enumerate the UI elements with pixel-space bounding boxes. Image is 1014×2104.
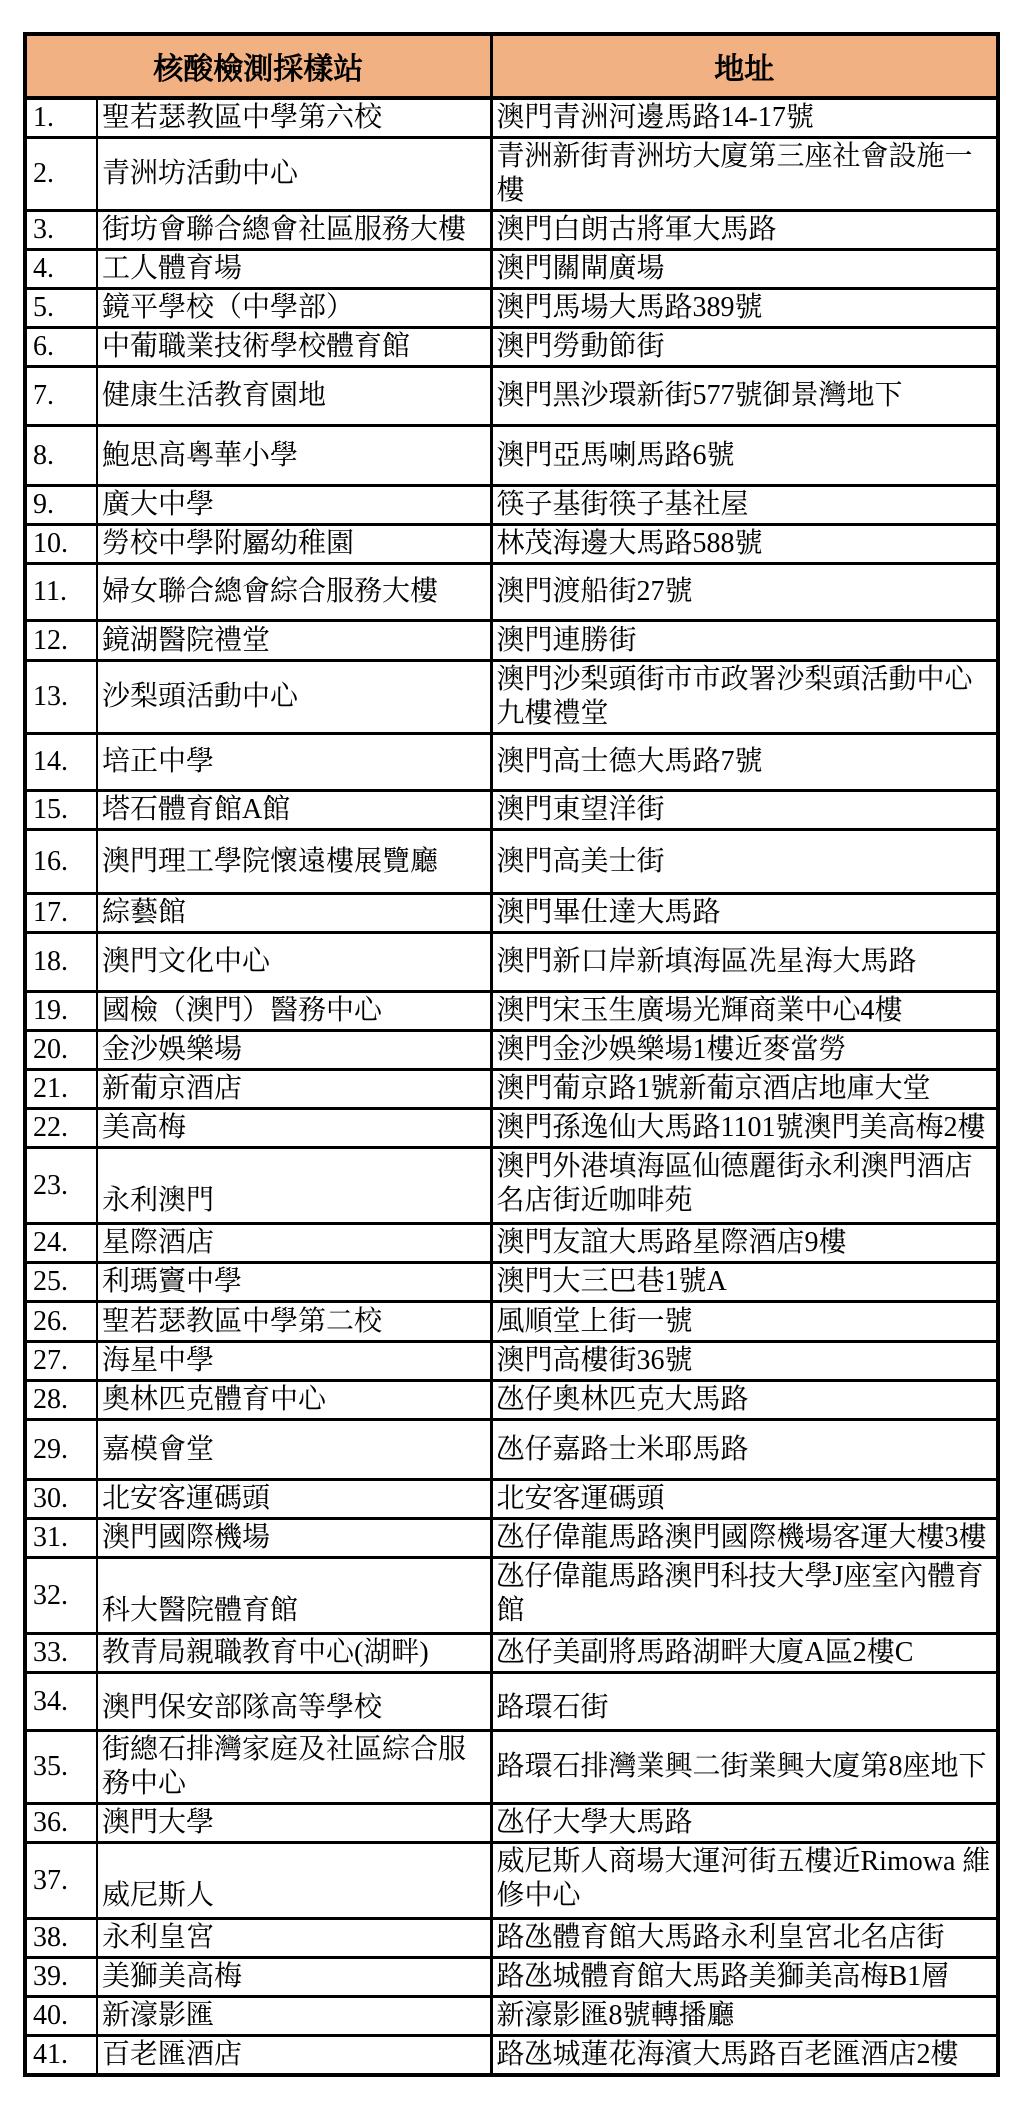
station-address: 澳門白朗古將軍大馬路 [491, 211, 998, 250]
table-row: 19. 國檢（澳門）醫務中心 澳門宋玉生廣場光輝商業中心4樓 [25, 992, 998, 1031]
station-address: 威尼斯人商場大運河街五樓近Rimowa 維修中心 [491, 1843, 998, 1919]
table-row: 22. 美高梅 澳門孫逸仙大馬路1101號澳門美高梅2樓 [25, 1109, 998, 1148]
station-address: 筷子基街筷子基社屋 [491, 486, 998, 525]
station-address: 澳門青洲河邊馬路14-17號 [491, 98, 998, 138]
row-number: 10. [25, 525, 97, 564]
station-address: 澳門亞馬喇馬路6號 [491, 426, 998, 486]
station-name: 廣大中學 [97, 486, 491, 525]
row-number: 30. [25, 1480, 97, 1519]
station-name: 澳門國際機場 [97, 1519, 491, 1558]
station-name: 永利澳門 [97, 1148, 491, 1224]
table-row: 3. 街坊會聯合總會社區服務大樓 澳門白朗古將軍大馬路 [25, 211, 998, 250]
row-number: 15. [25, 791, 97, 830]
table-row: 15. 塔石體育館A館 澳門東望洋街 [25, 791, 998, 830]
station-address: 澳門外港填海區仙德麗街永利澳門酒店名店街近咖啡苑 [491, 1148, 998, 1224]
table-row: 25. 利瑪竇中學 澳門大三巴巷1號A [25, 1263, 998, 1302]
table-row: 39. 美獅美高梅 路氹城體育館大馬路美獅美高梅B1層 [25, 1958, 998, 1997]
station-address: 澳門沙梨頭街市市政署沙梨頭活動中心九樓禮堂 [491, 661, 998, 734]
station-address: 氹仔大學大馬路 [491, 1804, 998, 1843]
station-address: 澳門關閘廣場 [491, 250, 998, 289]
row-number: 27. [25, 1342, 97, 1381]
table-row: 32. 科大醫院體育館 氹仔偉龍馬路澳門科技大學J座室內體育館 [25, 1558, 998, 1634]
station-address: 氹仔嘉路士米耶馬路 [491, 1420, 998, 1480]
row-number: 32. [25, 1558, 97, 1634]
row-number: 25. [25, 1263, 97, 1302]
station-name: 鏡湖醫院禮堂 [97, 621, 491, 661]
row-number: 37. [25, 1843, 97, 1919]
station-name: 美獅美高梅 [97, 1958, 491, 1997]
station-name: 嘉模會堂 [97, 1420, 491, 1480]
header-address-column: 地址 [491, 34, 998, 98]
station-address: 澳門宋玉生廣場光輝商業中心4樓 [491, 992, 998, 1031]
station-address: 路環石排灣業興二街業興大廈第8座地下 [491, 1731, 998, 1804]
table-row: 30. 北安客運碼頭 北安客運碼頭 [25, 1480, 998, 1519]
station-name: 澳門保安部隊高等學校 [97, 1673, 491, 1731]
table-row: 29. 嘉模會堂 氹仔嘉路士米耶馬路 [25, 1420, 998, 1480]
station-address: 澳門馬場大馬路389號 [491, 289, 998, 328]
station-name: 北安客運碼頭 [97, 1480, 491, 1519]
row-number: 9. [25, 486, 97, 525]
row-number: 34. [25, 1673, 97, 1731]
station-address: 氹仔奧林匹克大馬路 [491, 1381, 998, 1420]
table-row: 18. 澳門文化中心 澳門新口岸新填海區冼星海大馬路 [25, 933, 998, 992]
station-address: 澳門金沙娛樂場1樓近麥當勞 [491, 1031, 998, 1070]
table-row: 2. 青洲坊活動中心 青洲新街青洲坊大廈第三座社會設施一樓 [25, 138, 998, 211]
row-number: 11. [25, 564, 97, 621]
table-row: 16. 澳門理工學院懷遠樓展覽廳 澳門高美士街 [25, 830, 998, 894]
table-row: 10. 勞校中學附屬幼稚園 林茂海邊大馬路588號 [25, 525, 998, 564]
table-row: 28. 奧林匹克體育中心 氹仔奧林匹克大馬路 [25, 1381, 998, 1420]
table-row: 24. 星際酒店 澳門友誼大馬路星際酒店9樓 [25, 1224, 998, 1263]
document-page: 核酸檢測採樣站 地址 1. 聖若瑟教區中學第六校 澳門青洲河邊馬路14-17號 … [0, 0, 1014, 2104]
table-row: 37. 威尼斯人 威尼斯人商場大運河街五樓近Rimowa 維修中心 [25, 1843, 998, 1919]
row-number: 31. [25, 1519, 97, 1558]
station-name: 鮑思高粵華小學 [97, 426, 491, 486]
row-number: 29. [25, 1420, 97, 1480]
station-name: 金沙娛樂場 [97, 1031, 491, 1070]
row-number: 40. [25, 1997, 97, 2036]
station-name: 街總石排灣家庭及社區綜合服務中心 [97, 1731, 491, 1804]
station-address: 路氹城蓮花海濱大馬路百老匯酒店2樓 [491, 2036, 998, 2076]
row-number: 36. [25, 1804, 97, 1843]
station-name: 沙梨頭活動中心 [97, 661, 491, 734]
station-name: 永利皇宮 [97, 1919, 491, 1958]
station-name: 婦女聯合總會綜合服務大樓 [97, 564, 491, 621]
station-name: 培正中學 [97, 734, 491, 791]
table-row: 38. 永利皇宮 路氹體育館大馬路永利皇宮北名店街 [25, 1919, 998, 1958]
station-name: 海星中學 [97, 1342, 491, 1381]
station-address: 澳門葡京路1號新葡京酒店地庫大堂 [491, 1070, 998, 1109]
station-address: 林茂海邊大馬路588號 [491, 525, 998, 564]
station-name: 綜藝館 [97, 894, 491, 933]
station-address: 澳門新口岸新填海區冼星海大馬路 [491, 933, 998, 992]
table-row: 23. 永利澳門 澳門外港填海區仙德麗街永利澳門酒店名店街近咖啡苑 [25, 1148, 998, 1224]
table-row: 11. 婦女聯合總會綜合服務大樓 澳門渡船街27號 [25, 564, 998, 621]
station-address: 澳門黑沙環新街577號御景灣地下 [491, 367, 998, 426]
table-row: 4. 工人體育場 澳門關閘廣場 [25, 250, 998, 289]
row-number: 1. [25, 98, 97, 138]
table-row: 31. 澳門國際機場 氹仔偉龍馬路澳門國際機場客運大樓3樓 [25, 1519, 998, 1558]
table-row: 41. 百老匯酒店 路氹城蓮花海濱大馬路百老匯酒店2樓 [25, 2036, 998, 2076]
station-name: 聖若瑟教區中學第二校 [97, 1302, 491, 1342]
table-row: 35. 街總石排灣家庭及社區綜合服務中心 路環石排灣業興二街業興大廈第8座地下 [25, 1731, 998, 1804]
table-row: 34. 澳門保安部隊高等學校 路環石街 [25, 1673, 998, 1731]
station-address: 路環石街 [491, 1673, 998, 1731]
station-name: 教青局親職教育中心(湖畔) [97, 1634, 491, 1673]
table-row: 13. 沙梨頭活動中心 澳門沙梨頭街市市政署沙梨頭活動中心九樓禮堂 [25, 661, 998, 734]
table-row: 20. 金沙娛樂場 澳門金沙娛樂場1樓近麥當勞 [25, 1031, 998, 1070]
row-number: 14. [25, 734, 97, 791]
station-name: 塔石體育館A館 [97, 791, 491, 830]
table-row: 9. 廣大中學 筷子基街筷子基社屋 [25, 486, 998, 525]
station-name: 聖若瑟教區中學第六校 [97, 98, 491, 138]
station-name: 國檢（澳門）醫務中心 [97, 992, 491, 1031]
station-name: 百老匯酒店 [97, 2036, 491, 2076]
station-address: 澳門高美士街 [491, 830, 998, 894]
header-station-column: 核酸檢測採樣站 [25, 34, 491, 98]
station-address: 澳門孫逸仙大馬路1101號澳門美高梅2樓 [491, 1109, 998, 1148]
table-row: 17. 綜藝館 澳門畢仕達大馬路 [25, 894, 998, 933]
table-row: 14. 培正中學 澳門高士德大馬路7號 [25, 734, 998, 791]
row-number: 21. [25, 1070, 97, 1109]
table-row: 21. 新葡京酒店 澳門葡京路1號新葡京酒店地庫大堂 [25, 1070, 998, 1109]
row-number: 17. [25, 894, 97, 933]
station-name: 青洲坊活動中心 [97, 138, 491, 211]
station-address: 澳門東望洋街 [491, 791, 998, 830]
station-address: 路氹體育館大馬路永利皇宮北名店街 [491, 1919, 998, 1958]
station-name: 澳門理工學院懷遠樓展覽廳 [97, 830, 491, 894]
row-number: 41. [25, 2036, 97, 2076]
row-number: 7. [25, 367, 97, 426]
station-address: 氹仔偉龍馬路澳門國際機場客運大樓3樓 [491, 1519, 998, 1558]
station-name: 街坊會聯合總會社區服務大樓 [97, 211, 491, 250]
row-number: 18. [25, 933, 97, 992]
row-number: 22. [25, 1109, 97, 1148]
table-row: 36. 澳門大學 氹仔大學大馬路 [25, 1804, 998, 1843]
row-number: 39. [25, 1958, 97, 1997]
table-row: 26. 聖若瑟教區中學第二校 風順堂上街一號 [25, 1302, 998, 1342]
station-address: 新濠影匯8號轉播廳 [491, 1997, 998, 2036]
table-row: 8. 鮑思高粵華小學 澳門亞馬喇馬路6號 [25, 426, 998, 486]
station-address: 澳門畢仕達大馬路 [491, 894, 998, 933]
row-number: 6. [25, 328, 97, 367]
station-address: 澳門勞動節街 [491, 328, 998, 367]
row-number: 26. [25, 1302, 97, 1342]
station-name: 勞校中學附屬幼稚園 [97, 525, 491, 564]
table-row: 33. 教青局親職教育中心(湖畔) 氹仔美副將馬路湖畔大廈A區2樓C [25, 1634, 998, 1673]
station-name: 鏡平學校（中學部） [97, 289, 491, 328]
station-name: 新濠影匯 [97, 1997, 491, 2036]
sampling-stations-table: 核酸檢測採樣站 地址 1. 聖若瑟教區中學第六校 澳門青洲河邊馬路14-17號 … [23, 32, 1000, 2077]
station-name: 中葡職業技術學校體育館 [97, 328, 491, 367]
row-number: 38. [25, 1919, 97, 1958]
row-number: 13. [25, 661, 97, 734]
station-address: 氹仔偉龍馬路澳門科技大學J座室內體育館 [491, 1558, 998, 1634]
row-number: 23. [25, 1148, 97, 1224]
row-number: 28. [25, 1381, 97, 1420]
station-address: 氹仔美副將馬路湖畔大廈A區2樓C [491, 1634, 998, 1673]
row-number: 12. [25, 621, 97, 661]
table-row: 7. 健康生活教育園地 澳門黑沙環新街577號御景灣地下 [25, 367, 998, 426]
table-header-row: 核酸檢測採樣站 地址 [25, 34, 998, 98]
table-row: 27. 海星中學 澳門高樓街36號 [25, 1342, 998, 1381]
station-name: 澳門文化中心 [97, 933, 491, 992]
table-row: 6. 中葡職業技術學校體育館 澳門勞動節街 [25, 328, 998, 367]
station-address: 澳門高樓街36號 [491, 1342, 998, 1381]
station-name: 星際酒店 [97, 1224, 491, 1263]
station-name: 威尼斯人 [97, 1843, 491, 1919]
station-name: 奧林匹克體育中心 [97, 1381, 491, 1420]
station-name: 美高梅 [97, 1109, 491, 1148]
row-number: 35. [25, 1731, 97, 1804]
station-address: 澳門連勝街 [491, 621, 998, 661]
station-name: 健康生活教育園地 [97, 367, 491, 426]
row-number: 20. [25, 1031, 97, 1070]
row-number: 19. [25, 992, 97, 1031]
row-number: 3. [25, 211, 97, 250]
station-address: 澳門高士德大馬路7號 [491, 734, 998, 791]
station-address: 澳門友誼大馬路星際酒店9樓 [491, 1224, 998, 1263]
row-number: 8. [25, 426, 97, 486]
row-number: 2. [25, 138, 97, 211]
station-address: 北安客運碼頭 [491, 1480, 998, 1519]
station-address: 澳門渡船街27號 [491, 564, 998, 621]
station-name: 利瑪竇中學 [97, 1263, 491, 1302]
table-row: 40. 新濠影匯 新濠影匯8號轉播廳 [25, 1997, 998, 2036]
table-row: 1. 聖若瑟教區中學第六校 澳門青洲河邊馬路14-17號 [25, 98, 998, 138]
row-number: 5. [25, 289, 97, 328]
row-number: 4. [25, 250, 97, 289]
table-row: 12. 鏡湖醫院禮堂 澳門連勝街 [25, 621, 998, 661]
station-address: 澳門大三巴巷1號A [491, 1263, 998, 1302]
row-number: 33. [25, 1634, 97, 1673]
station-name: 新葡京酒店 [97, 1070, 491, 1109]
table-body: 1. 聖若瑟教區中學第六校 澳門青洲河邊馬路14-17號 2. 青洲坊活動中心 … [25, 98, 998, 2075]
station-name: 科大醫院體育館 [97, 1558, 491, 1634]
station-address: 路氹城體育館大馬路美獅美高梅B1層 [491, 1958, 998, 1997]
station-address: 風順堂上街一號 [491, 1302, 998, 1342]
table-row: 5. 鏡平學校（中學部） 澳門馬場大馬路389號 [25, 289, 998, 328]
station-name: 澳門大學 [97, 1804, 491, 1843]
station-address: 青洲新街青洲坊大廈第三座社會設施一樓 [491, 138, 998, 211]
row-number: 16. [25, 830, 97, 894]
station-name: 工人體育場 [97, 250, 491, 289]
row-number: 24. [25, 1224, 97, 1263]
